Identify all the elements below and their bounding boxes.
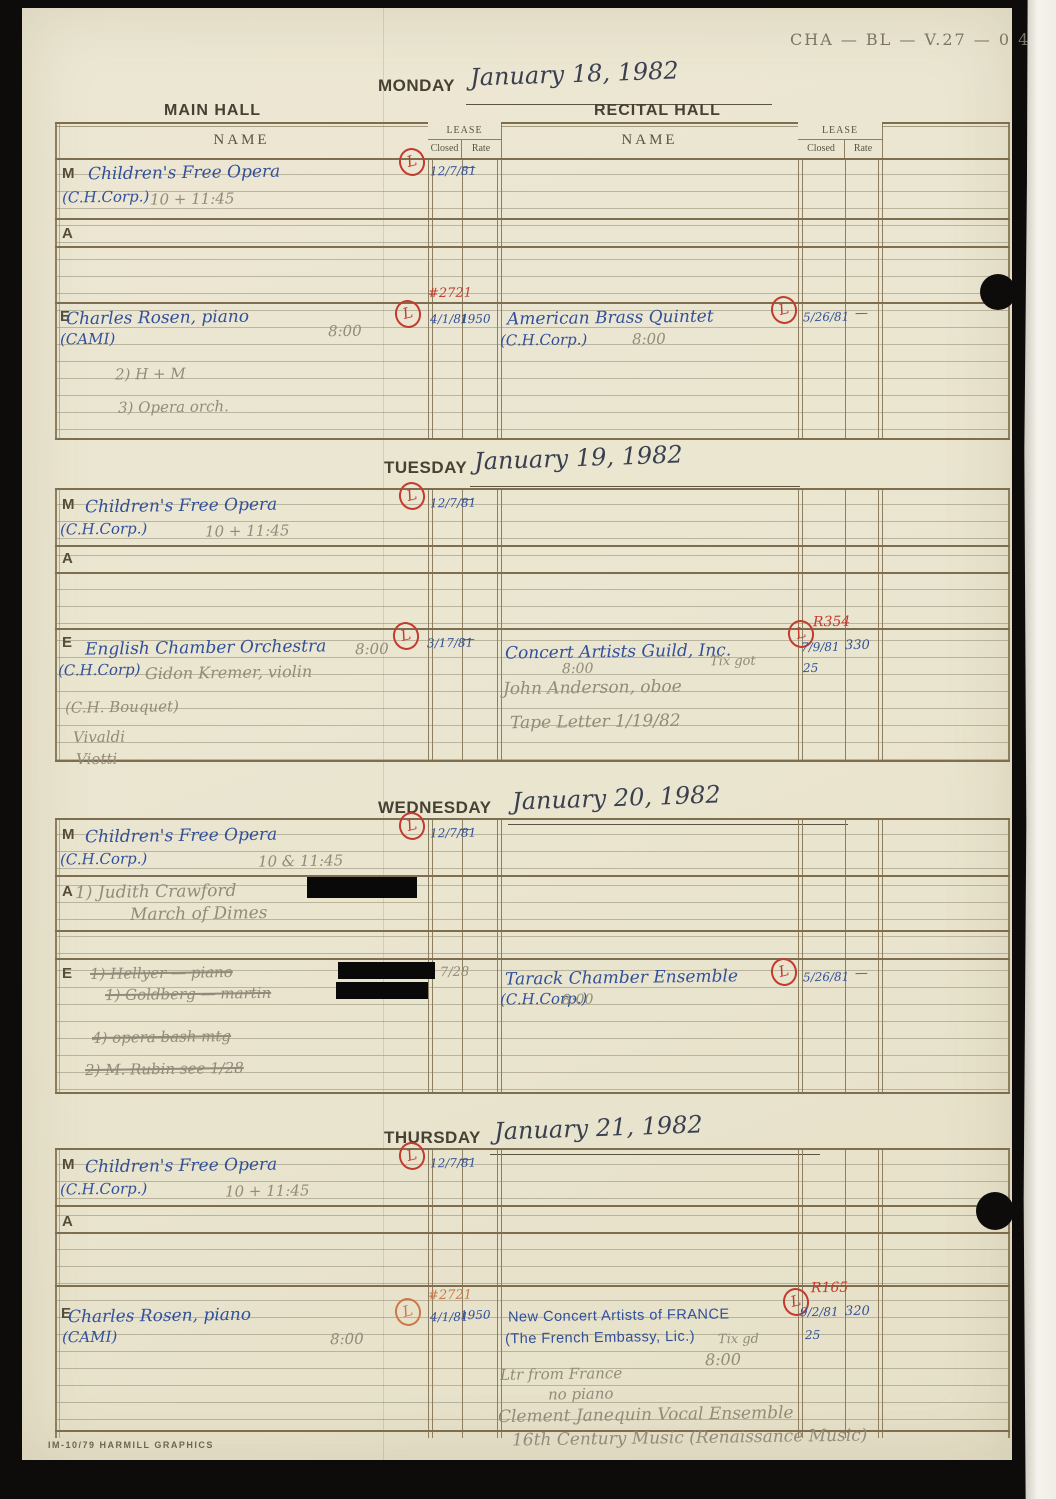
divider-line <box>55 1148 1010 1150</box>
entry-org: (C.H.Corp.) <box>60 1179 148 1198</box>
pencil-note: John Anderson, oboe <box>503 677 682 699</box>
pencil-note: Ltr from France <box>500 1364 622 1384</box>
day-date-monday: January 18, 1982 <box>470 56 680 91</box>
column-header-rate: Rate <box>462 140 500 158</box>
pencil-note: Tape Letter 1/19/82 <box>510 711 681 733</box>
divider-line <box>55 628 1010 630</box>
pencil-note: (C.H. Bouquet) <box>65 697 179 717</box>
struck-note: 1) Hellyer — piano <box>90 963 233 983</box>
lease-header-main: LEASE Closed Rate <box>428 122 501 158</box>
ref-number: R354 <box>813 614 850 631</box>
entry-name: American Brass Quintet <box>507 307 714 330</box>
row-label-morning: M <box>62 165 75 182</box>
row-label-morning: M <box>62 826 75 843</box>
lease-rate: — <box>463 160 476 175</box>
pencil-note: Clement Janequin Vocal Ensemble <box>498 1403 794 1427</box>
punch-hole-slot <box>1002 288 1016 300</box>
row-label-afternoon: A <box>62 1213 73 1230</box>
divider-line <box>55 218 1010 220</box>
column-header-rate: Rate <box>845 140 881 158</box>
scanned-ledger-background: CHA — BL — V.27 — 0 44 MONDAY January 18… <box>0 0 1056 1499</box>
entry-time: 10 + 11:45 <box>205 521 290 540</box>
lease-header-recital: LEASE Closed Rate <box>798 122 882 158</box>
struck-note: 2) M. Rubin see 1/28 <box>85 1059 244 1079</box>
column-lines <box>55 1148 1010 1438</box>
column-header-lease: LEASE <box>798 122 882 140</box>
punch-hole-slot <box>998 1206 1014 1218</box>
lease-rate: — <box>462 632 475 647</box>
row-label-morning: M <box>62 1156 75 1173</box>
entry-org: (C.H.Corp.) <box>62 187 150 206</box>
lease-closed: 5/26/81 <box>803 310 849 325</box>
entry-time: 8:00 <box>355 640 389 658</box>
column-header-lease: LEASE <box>428 122 501 140</box>
divider-line <box>55 246 1010 248</box>
ledger-table-tuesday: M A E Children's Free Opera (C.H.Corp.) … <box>55 488 1010 762</box>
ledger-table-monday: NAME NAME LEASE Closed Rate LEASE Closed… <box>55 122 1010 440</box>
entry-name: Concert Artists Guild, Inc. <box>505 640 731 663</box>
entry-time: 10 + 11:45 <box>225 1181 310 1200</box>
column-header-closed: Closed <box>428 140 461 158</box>
entry-name: Children's Free Opera <box>85 1155 278 1178</box>
pencil-note: 2) H + M <box>115 365 186 384</box>
lease-rate: — <box>459 1152 472 1167</box>
printer-credit: IM-10/79 HARMILL GRAPHICS <box>48 1440 214 1450</box>
struck-note: 1) Goldberg — martin <box>105 984 271 1004</box>
column-header-name-main: NAME <box>55 132 428 149</box>
pencil-note: 7/28 <box>440 965 469 980</box>
entry-name: Charles Rosen, piano <box>68 1305 251 1328</box>
divider-line <box>55 302 1010 304</box>
day-date-tuesday: January 19, 1982 <box>474 440 684 475</box>
ref-number: R165 <box>811 1280 848 1297</box>
entry-time: 10 + 11:45 <box>150 189 235 208</box>
divider-line <box>55 438 1010 440</box>
pencil-note: no piano <box>548 1385 614 1404</box>
date-underline <box>470 486 800 487</box>
entry-time: 8:00 <box>562 661 594 677</box>
day-label-thursday: THURSDAY <box>384 1128 481 1148</box>
column-header-name-recital: NAME <box>501 132 798 149</box>
tix-note: Tix gd <box>718 1332 759 1348</box>
row-label-morning: M <box>62 496 75 513</box>
pencil-note: 16th Century Music (Renaissance Music) <box>512 1426 868 1451</box>
divider-line <box>55 488 1010 490</box>
entry-name: Children's Free Opera <box>85 825 278 848</box>
divider-line <box>55 158 1010 160</box>
column-lines <box>55 818 1010 1094</box>
redaction-box <box>336 982 428 999</box>
tix-note: Tix got <box>710 654 756 670</box>
entry-name: Children's Free Opera <box>88 162 281 185</box>
divider-line <box>55 958 1010 960</box>
hall-label-main: MAIN HALL <box>164 102 261 120</box>
divider-line <box>55 1285 1010 1287</box>
lease-rate: — <box>855 966 868 981</box>
day-date-wednesday: January 20, 1982 <box>512 780 722 815</box>
lease-closed: 7/9/81 <box>801 640 840 655</box>
pencil-note: 1) Judith Crawford <box>75 881 237 903</box>
divider-line <box>55 545 1010 547</box>
archive-reference: CHA — BL — V.27 — 0 44 <box>790 30 1042 49</box>
entry-time: 8:00 <box>330 1330 364 1348</box>
day-date-thursday: January 21, 1982 <box>494 1110 704 1145</box>
row-label-afternoon: A <box>62 225 73 242</box>
entry-time: 8:00 <box>705 1350 741 1370</box>
lease-closed-extra: 25 <box>803 661 818 675</box>
lease-rate: — <box>461 492 474 507</box>
row-label-evening: E <box>62 965 72 982</box>
redaction-box <box>307 877 417 898</box>
entry-org: (C.H.Corp.) <box>60 519 148 538</box>
day-label-wednesday: WEDNESDAY <box>378 798 491 818</box>
lease-rate: — <box>855 306 868 321</box>
lease-rate: — <box>459 822 472 837</box>
pencil-note: 3) Opera orch. <box>118 397 229 417</box>
entry-name: English Chamber Orchestra <box>85 636 327 659</box>
pencil-note: March of Dimes <box>130 903 268 925</box>
hall-label-recital: RECITAL HALL <box>594 102 721 120</box>
divider-line <box>55 1232 1010 1234</box>
ledger-table-thursday: M A E Children's Free Opera (C.H.Corp.) … <box>55 1148 1010 1438</box>
entry-org: (CAMI) <box>60 330 116 349</box>
pencil-note: Vivaldi <box>73 728 125 747</box>
lease-rate: 1950 <box>460 1308 491 1322</box>
divider-line <box>55 1092 1010 1094</box>
ref-number: #2721 <box>428 286 472 302</box>
entry-time: 10 & 11:45 <box>258 851 343 870</box>
struck-note: 4) opera bash mtg <box>92 1027 231 1047</box>
entry-name: Children's Free Opera <box>85 495 278 518</box>
redaction-box <box>338 962 435 979</box>
entry-time: 8:00 <box>562 992 594 1008</box>
column-header-closed: Closed <box>798 140 844 158</box>
ledger-table-wednesday: M A E Children's Free Opera (C.H.Corp.) … <box>55 818 1010 1094</box>
entry-org: (C.H.Corp) <box>58 660 141 679</box>
entry-org: (The French Embassy, Lic.) <box>505 1329 695 1348</box>
entry-name: New Concert Artists of FRANCE <box>508 1306 730 1325</box>
lease-closed-extra: 25 <box>805 1328 820 1342</box>
lease-closed: 9/2/81 <box>800 1305 839 1320</box>
divider-line <box>55 930 1010 932</box>
entry-time: 8:00 <box>328 322 362 340</box>
divider-line <box>55 760 1010 762</box>
lease-rate: 330 <box>845 638 870 653</box>
entry-org: (CAMI) <box>62 1328 118 1347</box>
entry-soloist: Gidon Kremer, violin <box>145 662 313 683</box>
lease-rate: 1950 <box>460 312 491 326</box>
pencil-note: Viotti <box>76 750 117 769</box>
divider-line <box>55 875 1010 877</box>
lease-rate: 320 <box>845 1304 870 1319</box>
entry-name: Tarack Chamber Ensemble <box>505 966 738 989</box>
row-label-afternoon: A <box>62 883 73 900</box>
row-label-evening: E <box>62 634 72 651</box>
divider-line <box>55 572 1010 574</box>
ref-number: #2721 <box>428 1288 472 1304</box>
adjacent-page-edge <box>1023 0 1056 1499</box>
entry-time: 8:00 <box>632 330 666 348</box>
lease-closed: 5/26/81 <box>803 970 849 985</box>
entry-org: (C.H.Corp.) <box>500 330 588 349</box>
day-label-monday: MONDAY <box>378 76 455 96</box>
entry-name: Charles Rosen, piano <box>66 307 249 330</box>
divider-line <box>55 1205 1010 1207</box>
entry-org: (C.H.Corp.) <box>60 849 148 868</box>
row-label-afternoon: A <box>62 550 73 567</box>
ledger-page: CHA — BL — V.27 — 0 44 MONDAY January 18… <box>22 8 1012 1460</box>
divider-line <box>55 818 1010 820</box>
day-label-tuesday: TUESDAY <box>384 458 467 478</box>
